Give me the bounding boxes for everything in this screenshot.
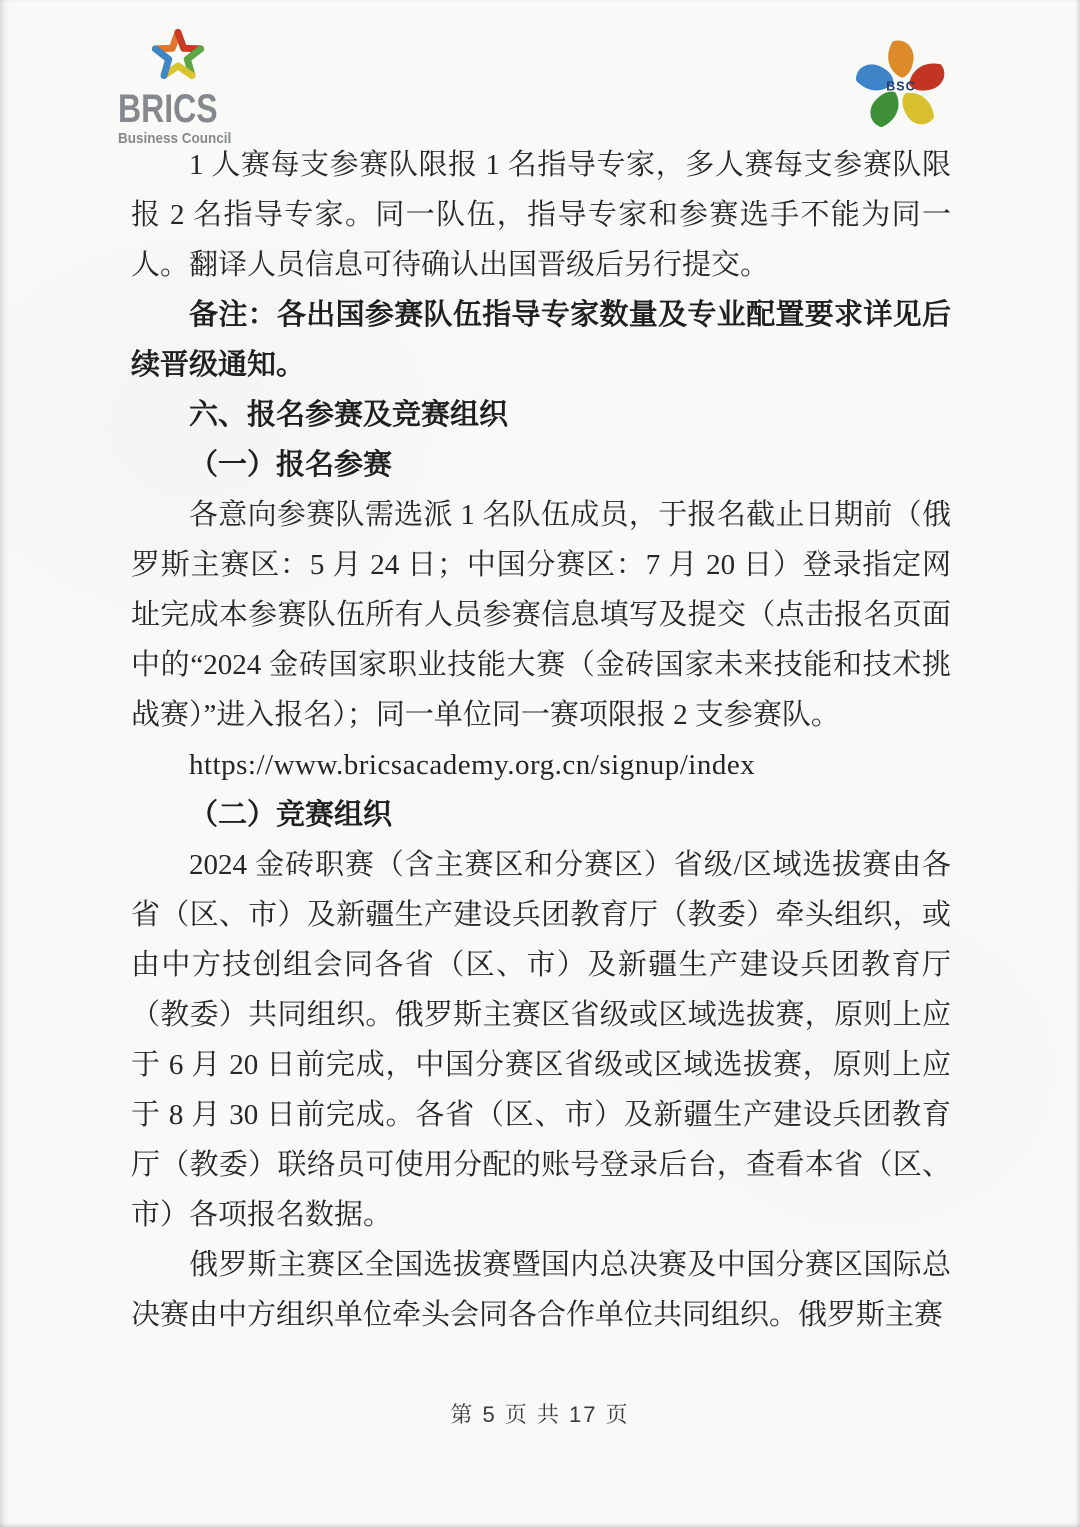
bsc-hands-icon: BSC xyxy=(842,30,960,134)
bsc-pinwheel-logo: BSC xyxy=(842,30,960,139)
brics-star-icon xyxy=(142,24,214,94)
document-page: BRICS Business Council BSC 1 人赛每支参赛队限报 1… xyxy=(0,0,1080,1527)
heading-competition-organization: （二）竞赛组织 xyxy=(131,790,951,840)
heading-registration: （一）报名参赛 xyxy=(131,440,951,490)
signup-url: https://www.bricsacademy.org.cn/signup/i… xyxy=(131,740,951,790)
bsc-center-label: BSC xyxy=(886,79,915,93)
para-finals-organization: 俄罗斯主赛区全国选拔赛暨国内总决赛及中国分赛区国际总决赛由中方组织单位牵头会同各… xyxy=(131,1240,951,1340)
para-registration-details: 各意向参赛队需选派 1 名队伍成员，于报名截止日期前（俄罗斯主赛区：5 月 24… xyxy=(131,490,951,740)
para-expert-limits: 1 人赛每支参赛队限报 1 名指导专家，多人赛每支参赛队限报 2 名指导专家。同… xyxy=(131,140,951,290)
brics-business-council-logo: BRICS Business Council xyxy=(118,24,254,147)
heading-section-six: 六、报名参赛及竞赛组织 xyxy=(131,390,951,440)
para-note: 备注：各出国参赛队伍指导专家数量及专业配置要求详见后续晋级通知。 xyxy=(131,290,951,390)
page-number: 第 5 页 共 17 页 xyxy=(0,1398,1080,1429)
para-organization-details: 2024 金砖职赛（含主赛区和分赛区）省级/区域选拔赛由各省（区、市）及新疆生产… xyxy=(131,840,951,1240)
brics-wordmark: BRICS xyxy=(118,92,227,126)
document-body: 1 人赛每支参赛队限报 1 名指导专家，多人赛每支参赛队限报 2 名指导专家。同… xyxy=(131,140,951,1340)
